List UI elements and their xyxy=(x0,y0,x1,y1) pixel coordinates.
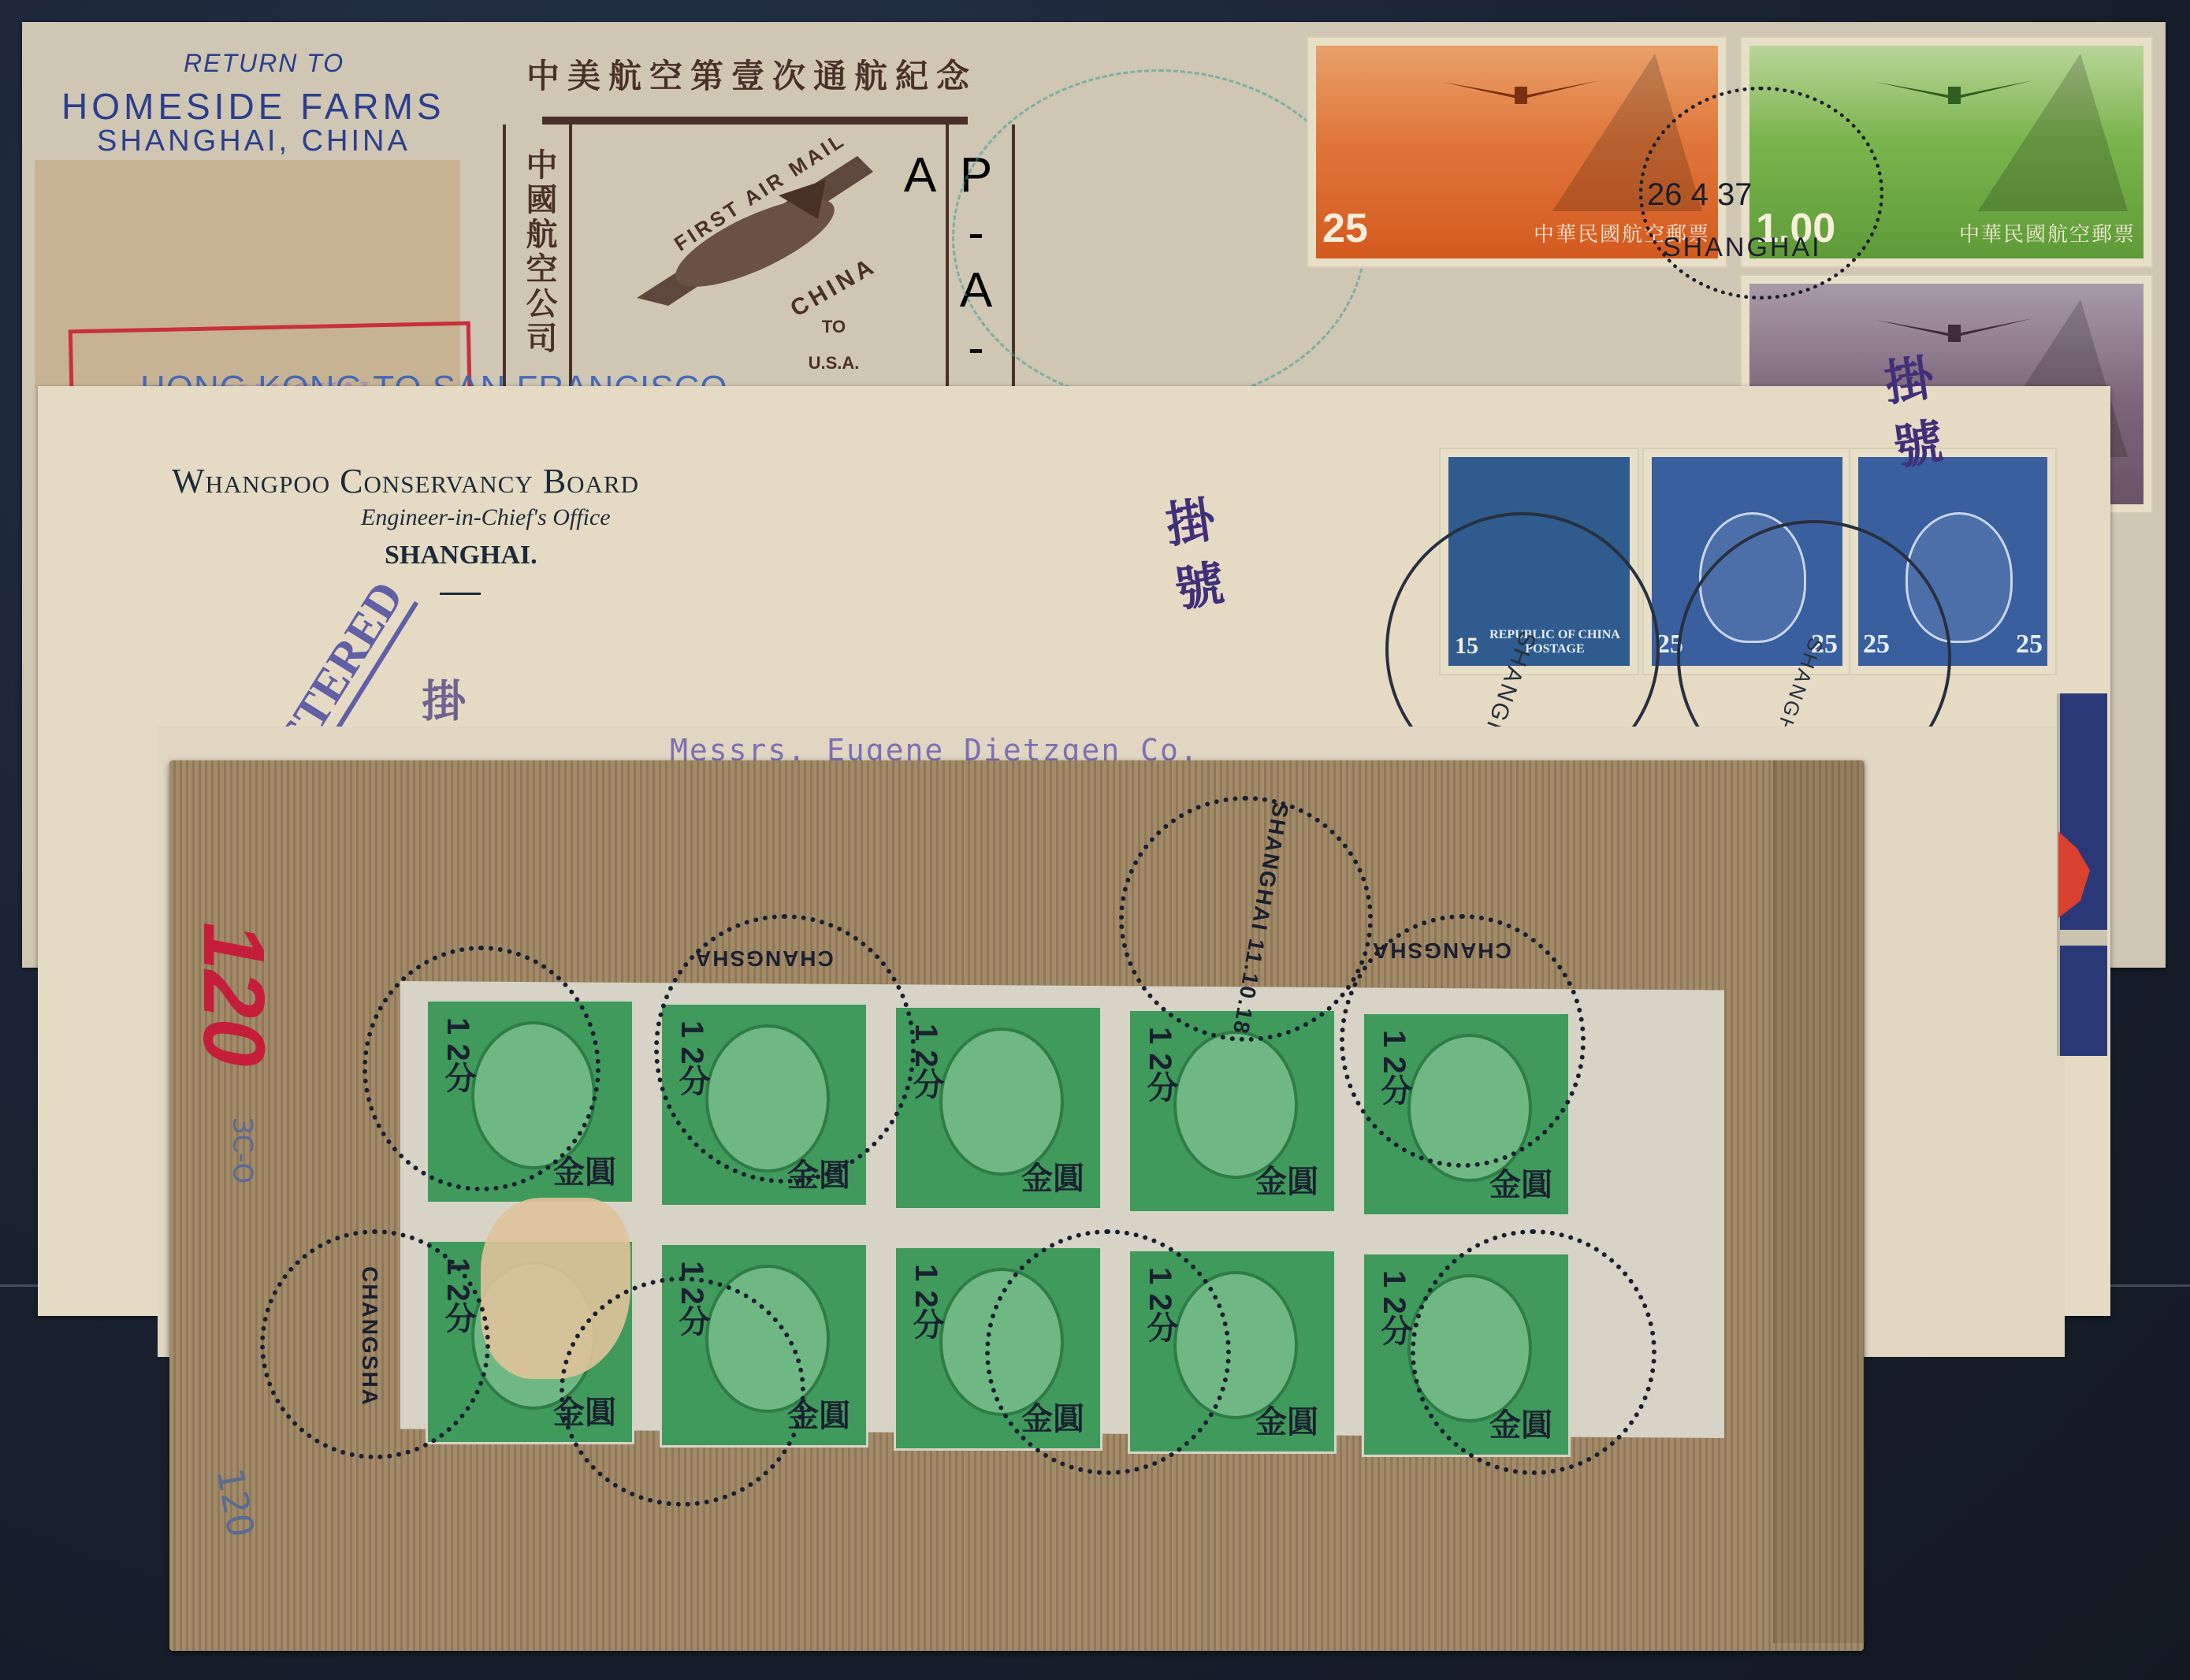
pan-am-cachet: 中國航空公司 P-A-A FIRST AIR MAIL CHINA TO U.S… xyxy=(503,101,1015,400)
letterhead-city: SHANGHAI. xyxy=(385,541,537,571)
surcharge-overprint: 1 2分 xyxy=(1372,1270,1417,1346)
cachet-title-chinese: 中美航空第壹次通航紀念 xyxy=(526,50,977,98)
great-wall-mountain xyxy=(1978,54,2128,211)
letterhead-organization: Whangpoo Conservancy Board xyxy=(172,461,639,501)
stamp-caption: 中華民國航空郵票 xyxy=(1959,218,2136,247)
sender-name: HOMESIDE FARMS xyxy=(61,85,445,128)
route-text: CHINA TO U.S.A. xyxy=(786,274,881,374)
gold-yuan-overprint: 金圓 xyxy=(1021,1154,1084,1199)
gold-yuan-overprint: 金圓 xyxy=(1489,1160,1552,1205)
surcharge-overprint: 1 2分 xyxy=(904,1264,949,1340)
stamp-denomination: 25 xyxy=(1322,205,1368,252)
route-usa: U.S.A. xyxy=(786,353,881,374)
return-to-label: RETURN TO xyxy=(184,49,344,78)
envelope-side-flap xyxy=(1773,760,1865,1643)
registration-label: R SHANGHAI No. 950 xyxy=(35,160,460,388)
letterhead-office: Engineer-in-Chief's Office xyxy=(361,504,611,531)
cachet-company-chinese: 中國航空公司 xyxy=(517,148,562,356)
postmark-text: CHANGSHA xyxy=(357,1266,382,1407)
letterhead-rule xyxy=(440,593,481,595)
postmark-text: CHANGSHA xyxy=(1371,938,1511,963)
surcharge-overprint: 1 2分 xyxy=(1138,1027,1183,1102)
gold-yuan-overprint: 金圓 xyxy=(1255,1397,1318,1442)
postmark-date: 26 4 37 xyxy=(1647,177,1752,213)
changsha-postmark xyxy=(363,946,600,1191)
registered-chinese-handstamp: 掛號 xyxy=(1148,492,1236,630)
surcharged-stamp: 1 2分金圓 xyxy=(894,1005,1102,1210)
red-crayon-number: 120 xyxy=(184,922,284,1067)
stamp-denomination-right: 25 xyxy=(2016,630,2043,660)
postmark-text: CHANGSHA xyxy=(693,946,834,971)
changsha-postmark xyxy=(985,1229,1231,1475)
pencil-notation: ЗС-O xyxy=(226,1117,258,1184)
commemorative-green-cachet-stamp xyxy=(952,69,1366,405)
gold-yuan-overprint: 金圓 xyxy=(1255,1157,1318,1202)
changsha-postmark xyxy=(560,1277,805,1507)
sender-city: SHANGHAI, CHINA xyxy=(97,125,411,158)
postmark-city: SHANGHAI xyxy=(1663,232,1822,263)
changsha-postmark xyxy=(1411,1229,1656,1475)
